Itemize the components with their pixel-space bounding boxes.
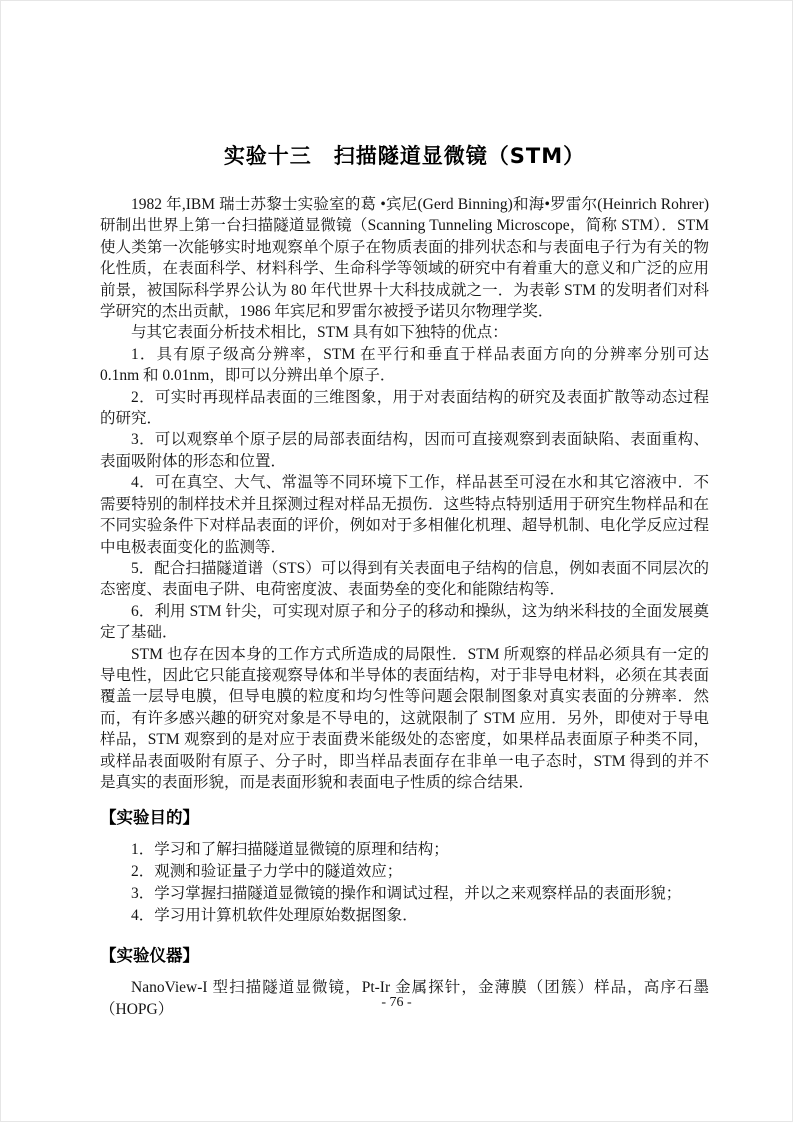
intro-paragraph-3: STM 也存在因本身的工作方式所造成的局限性．STM 所观察的样品必须具有一定的… xyxy=(100,644,709,794)
objective-item-3: 3．学习掌握扫描隧道显微镜的操作和调试过程，并以之来观察样品的表面形貌； xyxy=(100,883,709,905)
document-page: 实验十三 扫描隧道显微镜（STM） 1982 年,IBM 瑞士苏黎士实验室的葛 … xyxy=(0,0,793,1122)
section-heading-objectives: 【实验目的】 xyxy=(100,806,709,830)
page-title: 实验十三 扫描隧道显微镜（STM） xyxy=(100,141,709,171)
advantage-item-3: 3．可以观察单个原子层的局部表面结构，因而可直接观察到表面缺陷、表面重构、表面吸… xyxy=(100,429,709,472)
advantage-item-4: 4．可在真空、大气、常温等不同环境下工作，样品甚至可浸在水和其它溶液中．不需要特… xyxy=(100,472,709,558)
advantage-item-5: 5．配合扫描隧道谱（STS）可以得到有关表面电子结构的信息，例如表面不同层次的态… xyxy=(100,558,709,601)
advantage-item-1: 1．具有原子级高分辨率，STM 在平行和垂直于样品表面方向的分辨率分别可达 0.… xyxy=(100,344,709,387)
section-heading-instruments: 【实验仪器】 xyxy=(100,944,709,968)
advantage-item-2: 2．可实时再现样品表面的三维图象，用于对表面结构的研究及表面扩散等动态过程的研究… xyxy=(100,387,709,430)
objective-item-1: 1．学习和了解扫描隧道显微镜的原理和结构； xyxy=(100,839,709,861)
page-number: - 76 - xyxy=(1,994,792,1012)
advantage-item-6: 6．利用 STM 针尖，可实现对原子和分子的移动和操纵，这为纳米科技的全面发展奠… xyxy=(100,601,709,644)
objective-item-2: 2．观测和验证量子力学中的隧道效应； xyxy=(100,861,709,883)
intro-paragraph-1: 1982 年,IBM 瑞士苏黎士实验室的葛 •宾尼(Gerd Binning)和… xyxy=(100,194,709,322)
objective-item-4: 4．学习用计算机软件处理原始数据图象． xyxy=(100,905,709,927)
intro-paragraph-2: 与其它表面分析技术相比，STM 具有如下独特的优点： xyxy=(100,322,709,343)
page-content: 实验十三 扫描隧道显微镜（STM） 1982 年,IBM 瑞士苏黎士实验室的葛 … xyxy=(100,141,709,1020)
